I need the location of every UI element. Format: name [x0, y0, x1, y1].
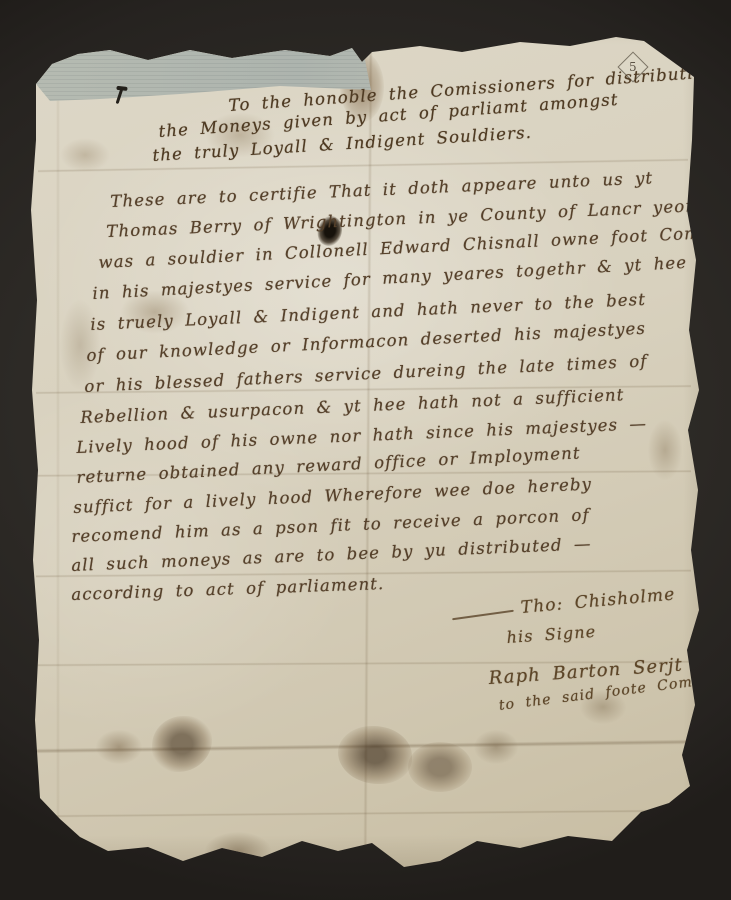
heading-line: the Moneys given by act of parliamt amon… — [158, 90, 619, 141]
fold-crease — [40, 809, 680, 818]
fold-crease — [363, 42, 373, 872]
stain — [60, 138, 110, 172]
stain — [60, 300, 100, 390]
manuscript-line: returne obtained any reward office or Im… — [76, 443, 581, 487]
stain — [96, 730, 142, 764]
stain — [648, 420, 682, 480]
pin-mark — [116, 88, 124, 104]
fold-crease — [56, 80, 60, 840]
archival-mark-number: 5 — [629, 60, 637, 74]
fold-crease — [36, 470, 691, 478]
manuscript-line: Rebellion & usurpacon & yt hee hath not … — [80, 385, 625, 427]
stain — [314, 213, 347, 249]
fold-crease — [36, 660, 691, 666]
manuscript-line: is truely Loyall & Indigent and hath nev… — [90, 290, 646, 334]
stain — [580, 690, 626, 724]
stain — [120, 290, 190, 334]
signature-note: to the said foote Company — [498, 669, 731, 713]
manuscript-line: of our knowledge or Informacon deserted … — [86, 319, 646, 365]
fold-crease — [36, 739, 686, 753]
manuscript-line: Thomas Berry of Wrightington in ye Count… — [106, 195, 725, 241]
manuscript-line: in his majestyes service for many yeares… — [92, 253, 688, 303]
signature-name: Tho: Chisholme — [520, 584, 676, 617]
fold-crease — [36, 385, 691, 395]
backing-strip — [0, 0, 731, 900]
manuscript-line: according to act of parliament. — [71, 574, 385, 604]
stain — [408, 742, 472, 792]
signature-note: his Signe — [506, 622, 597, 647]
manuscript-paper: 5 To the honoble the Comissioners for di… — [0, 0, 731, 900]
flourish-stroke — [452, 610, 514, 621]
stain — [205, 112, 275, 158]
stain — [340, 52, 384, 122]
stain — [338, 726, 412, 784]
fold-crease — [36, 569, 691, 578]
stain — [474, 730, 518, 764]
manuscript-line: These are to certifie That it doth appea… — [110, 168, 654, 211]
heading-line: the truly Loyall & Indigent Souldiers. — [152, 123, 532, 165]
manuscript-line: or his blessed fathers service dureing t… — [84, 351, 648, 396]
manuscript-line: suffict for a lively hood Wherefore wee … — [73, 474, 592, 517]
heading-line: To the honoble the Comissioners for dist… — [228, 62, 718, 115]
stain — [152, 716, 212, 772]
fold-crease — [38, 158, 688, 172]
manuscript-line: all such moneys as are to bee by yu dist… — [71, 534, 592, 575]
stain — [205, 832, 271, 870]
photo-background: 5 To the honoble the Comissioners for di… — [0, 0, 731, 900]
manuscript-line: was a souldier in Collonell Edward Chisn… — [98, 221, 731, 272]
manuscript-line: Lively hood of his owne nor hath since h… — [76, 414, 647, 457]
manuscript-line: recomend him as a pson fit to receive a … — [71, 505, 590, 546]
archival-mark-diamond: 5 — [617, 51, 648, 82]
signature-name: Raph Barton Serjt — [488, 654, 684, 689]
